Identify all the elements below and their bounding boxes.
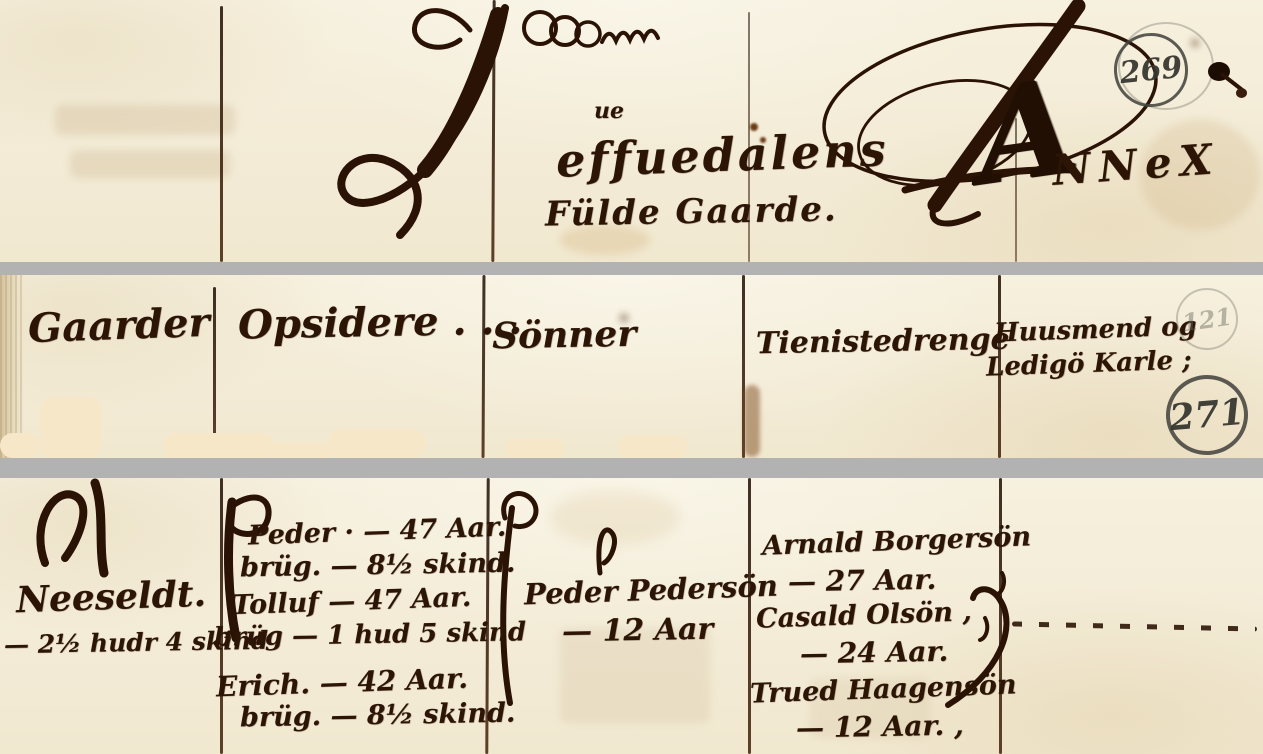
page-number-faint: 121	[1180, 301, 1234, 337]
whiteout-patch	[505, 439, 565, 458]
header-sonner: Sönner	[492, 313, 637, 358]
whiteout-patch	[40, 397, 102, 458]
sonner-line: Peder Pedersön	[523, 569, 778, 612]
header-huusmend-line1: Huusmend og	[994, 311, 1198, 348]
column-rule	[220, 6, 223, 262]
column-rule	[220, 478, 223, 754]
column-rule	[999, 478, 1002, 754]
title-subtitle: Fülde Gaarde.	[545, 189, 838, 234]
opsidere-line: brüg. — 8½ skind.	[240, 548, 516, 584]
scan-separator-bar	[0, 262, 1263, 275]
opsidere-line: Erich. — 42 Aar.	[216, 662, 469, 704]
folio-number: 269	[1118, 49, 1184, 90]
opsidere-line: brüg — 1 hud 5 skind	[214, 617, 526, 652]
whiteout-patch	[618, 435, 688, 458]
bleedthrough-ghost-text	[55, 105, 235, 135]
title-script: effuedalens	[555, 122, 889, 188]
tienistedrenge-line: — 27 Aar.	[788, 563, 937, 599]
opsidere-line: Peder · — 47 Aar.	[248, 512, 507, 552]
column-rule	[748, 478, 751, 754]
whiteout-patch	[328, 429, 426, 458]
sonner-line: — 12 Aar	[562, 612, 714, 650]
scan-separator-bar	[0, 458, 1263, 478]
whiteout-patch	[163, 433, 275, 458]
header-tienistedrenge: Tienistedrenge	[756, 322, 1010, 361]
ink-speck	[1192, 40, 1198, 46]
tienistedrenge-line: Arnald Borgersön	[762, 521, 1032, 561]
header-opsidere: Opsidere . . .	[238, 297, 523, 349]
manuscript-page: ue effuedalens A NNeX Fülde Gaarde. 269 …	[0, 0, 1263, 754]
header-band: Gaarder Opsidere . . . Sönner Tienistedr…	[0, 275, 1263, 458]
ink-smudge	[744, 385, 760, 457]
tienistedrenge-line: — 24 Aar.	[800, 635, 949, 671]
empty-entry-dash-line	[1012, 621, 1257, 631]
opsidere-line: Tolluf — 47 Aar.	[232, 582, 472, 621]
header-huusmend-line2: Ledigö Karle ;	[986, 345, 1193, 382]
farm-name: Neeseldt.	[15, 573, 206, 622]
page-number-faint-circle: 121	[1172, 284, 1242, 354]
title-superscript: ue	[594, 98, 624, 124]
whiteout-patch	[268, 443, 334, 458]
tienistedrenge-line: Casald Olsön ,	[756, 596, 973, 635]
record-band: Neeseldt. — 2½ hudr 4 skind Peder · — 47…	[0, 478, 1263, 754]
header-gaarder: Gaarder	[27, 299, 210, 352]
tienistedrenge-line: Trued Haagensön	[750, 669, 1017, 709]
column-rule	[491, 0, 495, 262]
title-band: ue effuedalens A NNeX Fülde Gaarde. 269	[0, 0, 1263, 262]
opsidere-line: brüg. — 8½ skind.	[240, 698, 516, 734]
page-number: 271	[1168, 391, 1247, 439]
bleedthrough-ghost-text	[70, 150, 230, 178]
whiteout-patch	[0, 433, 40, 458]
ink-blot	[1236, 88, 1247, 98]
page-number-circle: 271	[1163, 372, 1252, 459]
paper-stain	[550, 490, 680, 545]
book-spine-edge	[0, 275, 24, 458]
tienistedrenge-line: — 12 Aar. ,	[796, 709, 964, 745]
